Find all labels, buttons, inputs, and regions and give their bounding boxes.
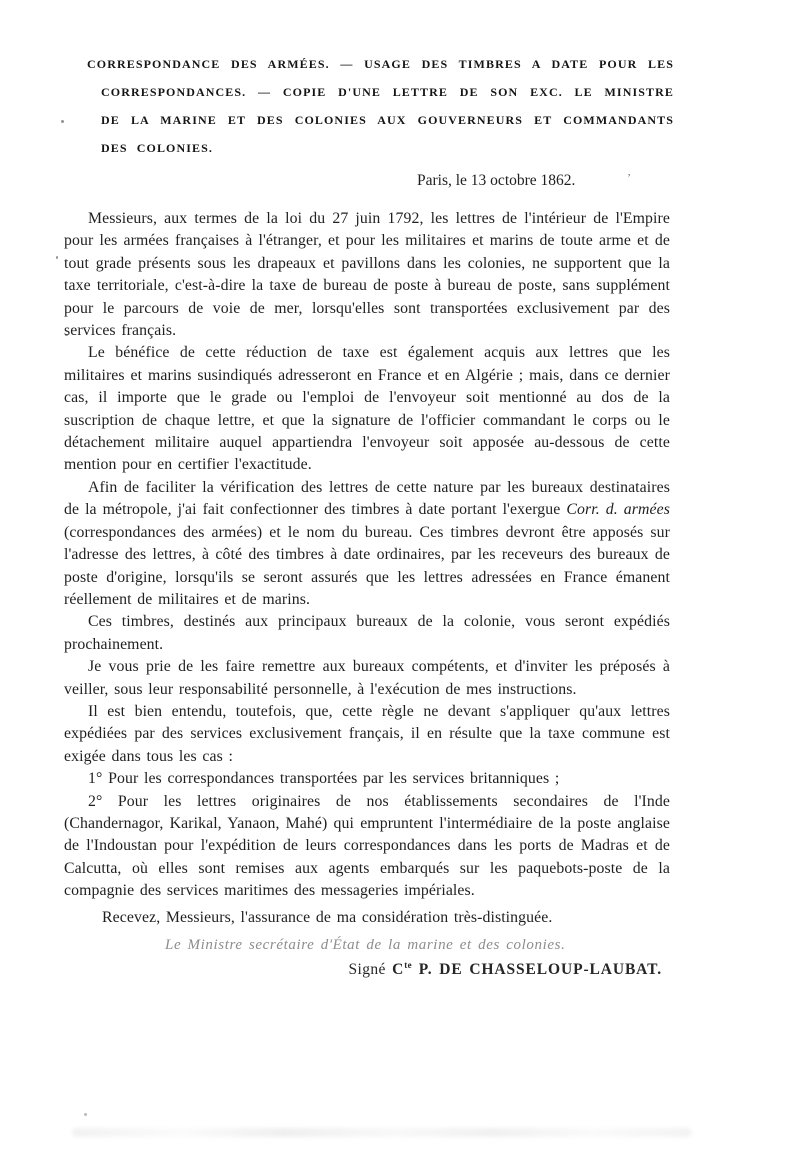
paragraph-datestamps-after: (correspondances des armées) et le nom d… [64, 524, 670, 608]
scan-speck [61, 120, 64, 123]
signature-name-rest: P. DE CHASSELOUP-LAUBAT. [412, 961, 662, 978]
dateline: Paris, le 13 octobre 1862.’ [417, 170, 670, 194]
scan-bleedthrough-band [72, 1128, 692, 1137]
signature-name-initial: C [392, 961, 404, 978]
list-item-british-services: 1° Pour les correspondances transportées… [64, 768, 670, 790]
scan-stray-mark: ’ [627, 168, 630, 190]
dateline-text: Paris, le 13 octobre 1862. [417, 172, 575, 189]
signature-line: Signé Cte P. DE CHASSELOUP-LAUBAT. [64, 960, 662, 979]
exergue-italic: Corr. d. armées [566, 501, 670, 518]
scanned-page: CORRESPONDANCE DES ARMÉES. — USAGE DES T… [0, 0, 786, 1176]
signed-label: Signé [349, 961, 393, 978]
scan-speck [84, 1113, 87, 1116]
text-column: CORRESPONDANCE DES ARMÉES. — USAGE DES T… [64, 50, 670, 979]
list-item-india-establishments: 2° Pour les lettres originaires de nos é… [64, 791, 670, 903]
scan-speck [65, 334, 68, 336]
minister-title-line: Le Ministre secrétaire d'État de la mari… [165, 937, 670, 954]
signature-superscript: te [404, 960, 412, 970]
paragraph-datestamps: Afin de faciliter la vérification des le… [64, 477, 670, 611]
paragraph-stamps-shipment: Ces timbres, destinés aux principaux bur… [64, 611, 670, 656]
closing-salutation: Recevez, Messieurs, l'assurance de ma co… [64, 907, 670, 929]
paragraph-common-tax-rule: Il est bien entendu, toutefois, que, cet… [64, 701, 670, 768]
document-heading: CORRESPONDANCE DES ARMÉES. — USAGE DES T… [87, 50, 674, 162]
paragraph-instructions: Je vous prie de les faire remettre aux b… [64, 656, 670, 701]
paragraph-tax-reduction: Le bénéfice de cette réduction de taxe e… [64, 342, 670, 476]
scan-speck [56, 256, 58, 259]
paragraph-law-1792: Messieurs, aux termes de la loi du 27 ju… [64, 208, 670, 342]
